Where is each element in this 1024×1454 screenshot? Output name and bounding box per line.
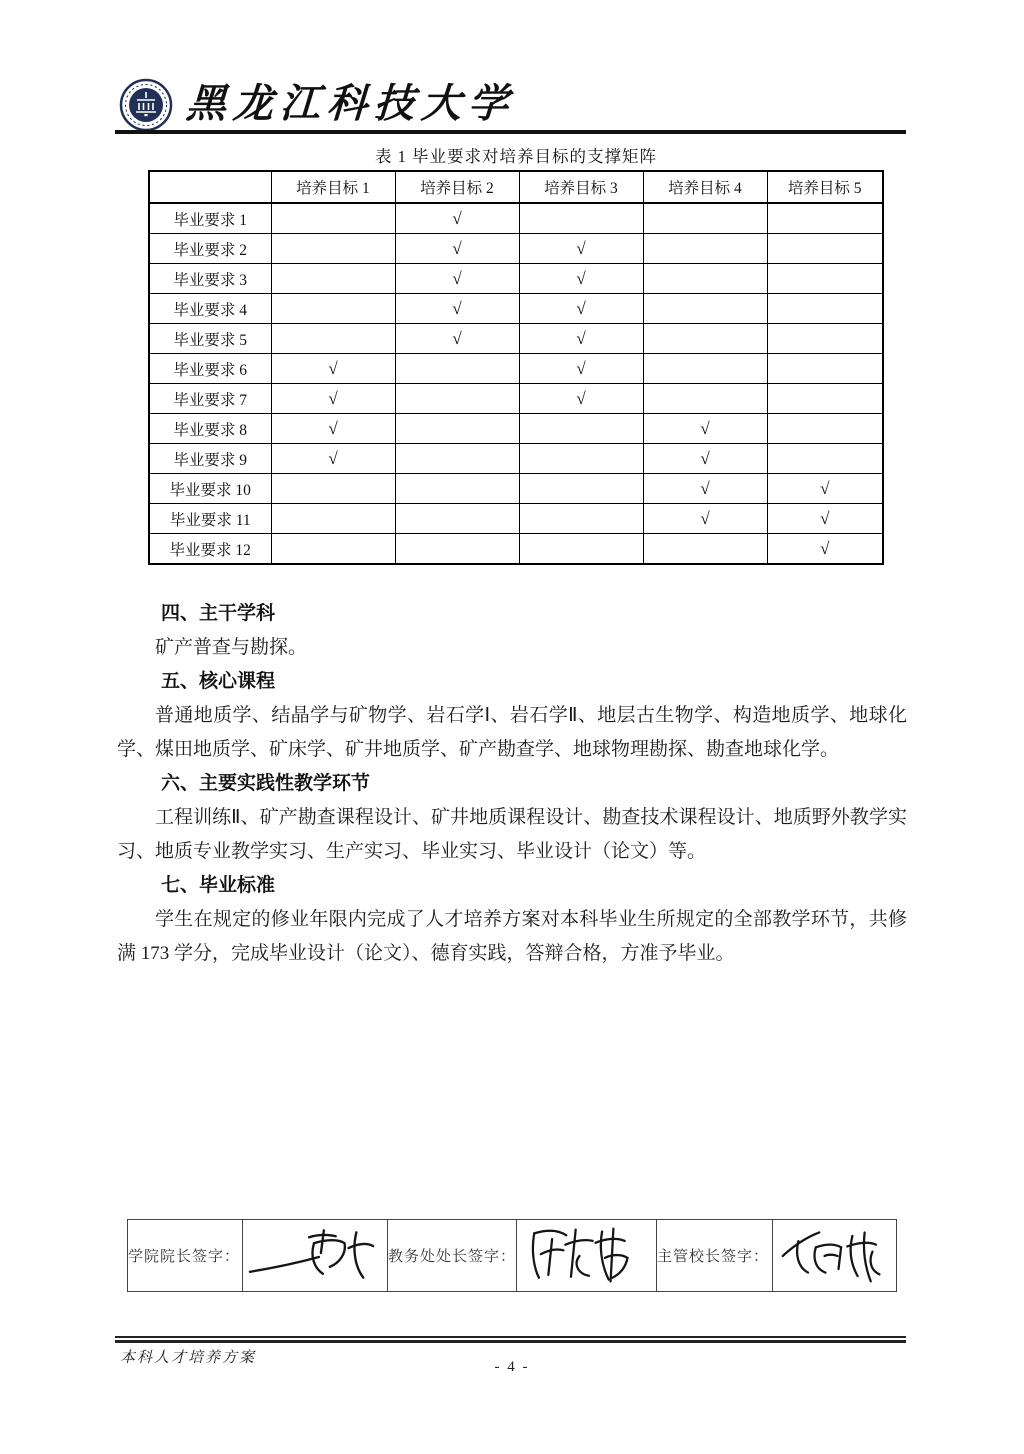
table-row: 毕业要求 4√√ xyxy=(149,294,883,324)
support-matrix-table: 培养目标 1 培养目标 2 培养目标 3 培养目标 4 培养目标 5 毕业要求 … xyxy=(148,170,884,565)
row-label: 毕业要求 3 xyxy=(149,264,271,294)
empty-cell xyxy=(271,203,395,234)
empty-cell xyxy=(519,414,643,444)
row-label: 毕业要求 10 xyxy=(149,474,271,504)
check-mark: √ xyxy=(271,354,395,384)
empty-cell xyxy=(271,234,395,264)
check-mark: √ xyxy=(395,264,519,294)
empty-cell xyxy=(395,384,519,414)
signature-image-provost xyxy=(517,1220,657,1292)
empty-cell xyxy=(643,294,767,324)
table-row: 毕业要求 12√ xyxy=(149,534,883,565)
check-mark: √ xyxy=(643,444,767,474)
empty-cell xyxy=(643,203,767,234)
empty-cell xyxy=(395,534,519,565)
empty-cell xyxy=(271,324,395,354)
check-mark: √ xyxy=(519,234,643,264)
empty-cell xyxy=(767,234,883,264)
body-sections: 四、主干学科 矿产普查与勘探。 五、核心课程 普通地质学、结晶学与矿物学、岩石学… xyxy=(117,597,907,971)
table-row: 毕业要求 3√√ xyxy=(149,264,883,294)
empty-cell xyxy=(519,203,643,234)
check-mark: √ xyxy=(767,474,883,504)
empty-cell xyxy=(643,354,767,384)
document-page: 黑龙江科技大学 表 1 毕业要求对培养目标的支撑矩阵 培养目标 1 培养目标 2… xyxy=(0,0,1024,1454)
table-row: 毕业要求 10√√ xyxy=(149,474,883,504)
footer-rule-bottom xyxy=(115,1340,906,1343)
signature-row: 学院院长签字： 教务处处长签字： xyxy=(128,1220,897,1292)
check-mark: √ xyxy=(271,384,395,414)
column-header-goal4: 培养目标 4 xyxy=(643,171,767,203)
table-row: 毕业要求 8√√ xyxy=(149,414,883,444)
empty-cell xyxy=(767,203,883,234)
empty-cell xyxy=(643,534,767,565)
table-row: 毕业要求 7√√ xyxy=(149,384,883,414)
empty-cell xyxy=(395,354,519,384)
row-label: 毕业要求 5 xyxy=(149,324,271,354)
empty-cell xyxy=(767,444,883,474)
university-seal-icon xyxy=(119,78,173,132)
empty-cell xyxy=(271,534,395,565)
empty-cell xyxy=(767,294,883,324)
empty-cell xyxy=(767,354,883,384)
check-mark: √ xyxy=(767,534,883,565)
section-paragraph-7: 学生在规定的修业年限内完成了人才培养方案对本科毕业生所规定的全部教学环节，共修满… xyxy=(117,903,907,971)
column-header-goal2: 培养目标 2 xyxy=(395,171,519,203)
signature-image-president xyxy=(773,1220,897,1292)
header-rule xyxy=(115,130,906,134)
signature-label-president: 主管校长签字： xyxy=(657,1220,773,1292)
signature-image-dean xyxy=(243,1220,388,1292)
empty-cell xyxy=(395,414,519,444)
empty-cell xyxy=(395,474,519,504)
empty-cell xyxy=(519,534,643,565)
row-label: 毕业要求 12 xyxy=(149,534,271,565)
column-header-goal1: 培养目标 1 xyxy=(271,171,395,203)
signature-table: 学院院长签字： 教务处处长签字： xyxy=(127,1219,897,1292)
section-heading-5: 五、核心课程 xyxy=(161,665,907,699)
check-mark: √ xyxy=(395,203,519,234)
check-mark: √ xyxy=(643,474,767,504)
table-title: 表 1 毕业要求对培养目标的支撑矩阵 xyxy=(148,143,884,167)
column-header-goal5: 培养目标 5 xyxy=(767,171,883,203)
row-label: 毕业要求 6 xyxy=(149,354,271,384)
signature-label-dean: 学院院长签字： xyxy=(128,1220,243,1292)
empty-cell xyxy=(271,294,395,324)
empty-cell xyxy=(271,264,395,294)
check-mark: √ xyxy=(271,444,395,474)
check-mark: √ xyxy=(519,384,643,414)
empty-cell xyxy=(643,264,767,294)
check-mark: √ xyxy=(395,234,519,264)
empty-cell xyxy=(767,414,883,444)
empty-cell xyxy=(519,504,643,534)
section-heading-6: 六、主要实践性教学环节 xyxy=(161,767,907,801)
row-label: 毕业要求 1 xyxy=(149,203,271,234)
empty-cell xyxy=(643,234,767,264)
section-heading-4: 四、主干学科 xyxy=(161,597,907,631)
section-heading-7: 七、毕业标准 xyxy=(161,869,907,903)
column-header-empty xyxy=(149,171,271,203)
check-mark: √ xyxy=(643,504,767,534)
table-row: 毕业要求 2√√ xyxy=(149,234,883,264)
footer-rule-top xyxy=(115,1336,906,1338)
section-paragraph-6: 工程训练Ⅱ、矿产勘查课程设计、矿井地质课程设计、勘查技术课程设计、地质野外教学实… xyxy=(117,801,907,869)
empty-cell xyxy=(395,504,519,534)
empty-cell xyxy=(519,474,643,504)
table-header-row: 培养目标 1 培养目标 2 培养目标 3 培养目标 4 培养目标 5 xyxy=(149,171,883,203)
section-paragraph-5: 普通地质学、结晶学与矿物学、岩石学Ⅰ、岩石学Ⅱ、地层古生物学、构造地质学、地球化… xyxy=(117,699,907,767)
empty-cell xyxy=(519,444,643,474)
check-mark: √ xyxy=(519,264,643,294)
check-mark: √ xyxy=(519,354,643,384)
empty-cell xyxy=(271,504,395,534)
row-label: 毕业要求 4 xyxy=(149,294,271,324)
table-row: 毕业要求 1√ xyxy=(149,203,883,234)
empty-cell xyxy=(395,444,519,474)
check-mark: √ xyxy=(643,414,767,444)
row-label: 毕业要求 2 xyxy=(149,234,271,264)
check-mark: √ xyxy=(767,504,883,534)
empty-cell xyxy=(767,384,883,414)
table-row: 毕业要求 6√√ xyxy=(149,354,883,384)
empty-cell xyxy=(643,384,767,414)
page-number: - 4 - xyxy=(0,1359,1024,1376)
table-row: 毕业要求 11√√ xyxy=(149,504,883,534)
column-header-goal3: 培养目标 3 xyxy=(519,171,643,203)
empty-cell xyxy=(767,264,883,294)
empty-cell xyxy=(271,474,395,504)
row-label: 毕业要求 9 xyxy=(149,444,271,474)
check-mark: √ xyxy=(395,294,519,324)
check-mark: √ xyxy=(519,294,643,324)
table-row: 毕业要求 5√√ xyxy=(149,324,883,354)
university-name: 黑龙江科技大学 xyxy=(185,76,608,132)
check-mark: √ xyxy=(271,414,395,444)
table-row: 毕业要求 9√√ xyxy=(149,444,883,474)
check-mark: √ xyxy=(395,324,519,354)
signature-label-provost: 教务处处长签字： xyxy=(388,1220,517,1292)
row-label: 毕业要求 8 xyxy=(149,414,271,444)
row-label: 毕业要求 7 xyxy=(149,384,271,414)
row-label: 毕业要求 11 xyxy=(149,504,271,534)
empty-cell xyxy=(767,324,883,354)
check-mark: √ xyxy=(519,324,643,354)
empty-cell xyxy=(643,324,767,354)
section-paragraph-4: 矿产普查与勘探。 xyxy=(117,631,907,665)
